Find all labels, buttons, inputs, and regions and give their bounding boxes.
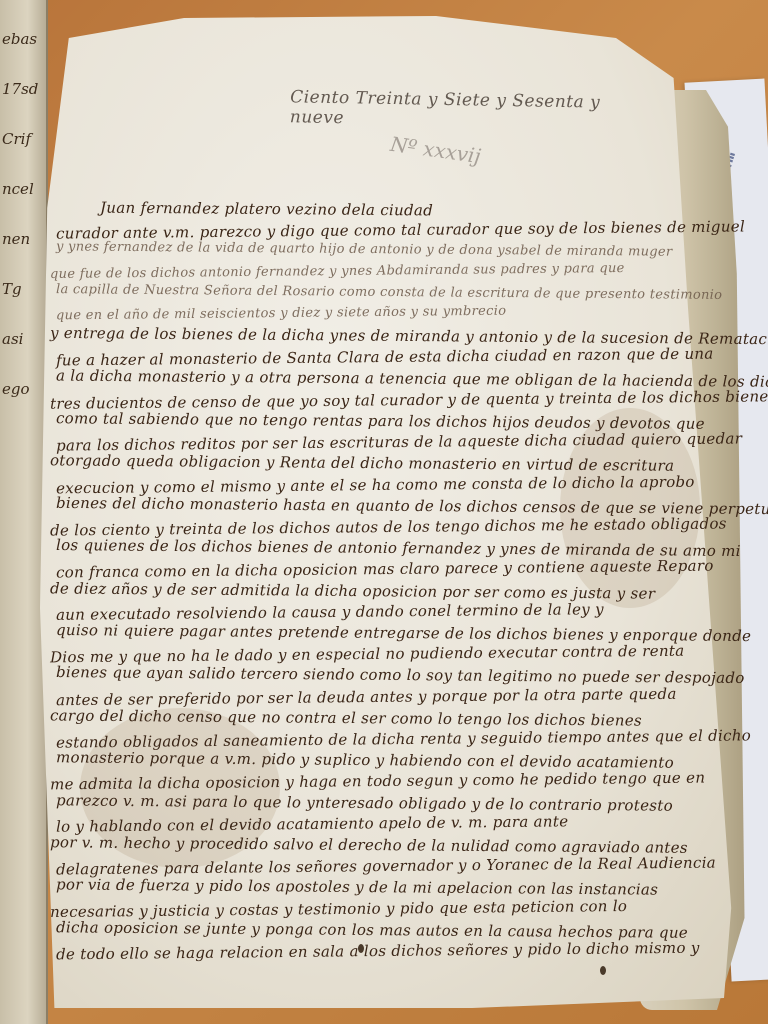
left-page-fragment: asi <box>2 330 23 348</box>
facing-left-page: ebas17sdCrifncelnenTgasiego <box>0 0 48 1024</box>
left-page-fragment: 17sd <box>2 80 38 98</box>
manuscript-line: Juan fernandez platero vezino dela ciuda… <box>100 199 433 220</box>
worm-hole <box>600 966 606 975</box>
left-page-fragment: nen <box>2 230 30 248</box>
left-page-fragment: Tg <box>2 280 22 298</box>
folio-heading: Ciento Treinta y Siete y Sesenta y nueve <box>290 87 611 133</box>
left-page-fragment: Crif <box>2 130 31 148</box>
left-page-fragment: ncel <box>2 180 34 198</box>
folio-number: Nº xxxvij <box>389 132 482 168</box>
left-page-fragment: ego <box>2 380 30 398</box>
left-page-fragment: ebas <box>2 30 37 48</box>
